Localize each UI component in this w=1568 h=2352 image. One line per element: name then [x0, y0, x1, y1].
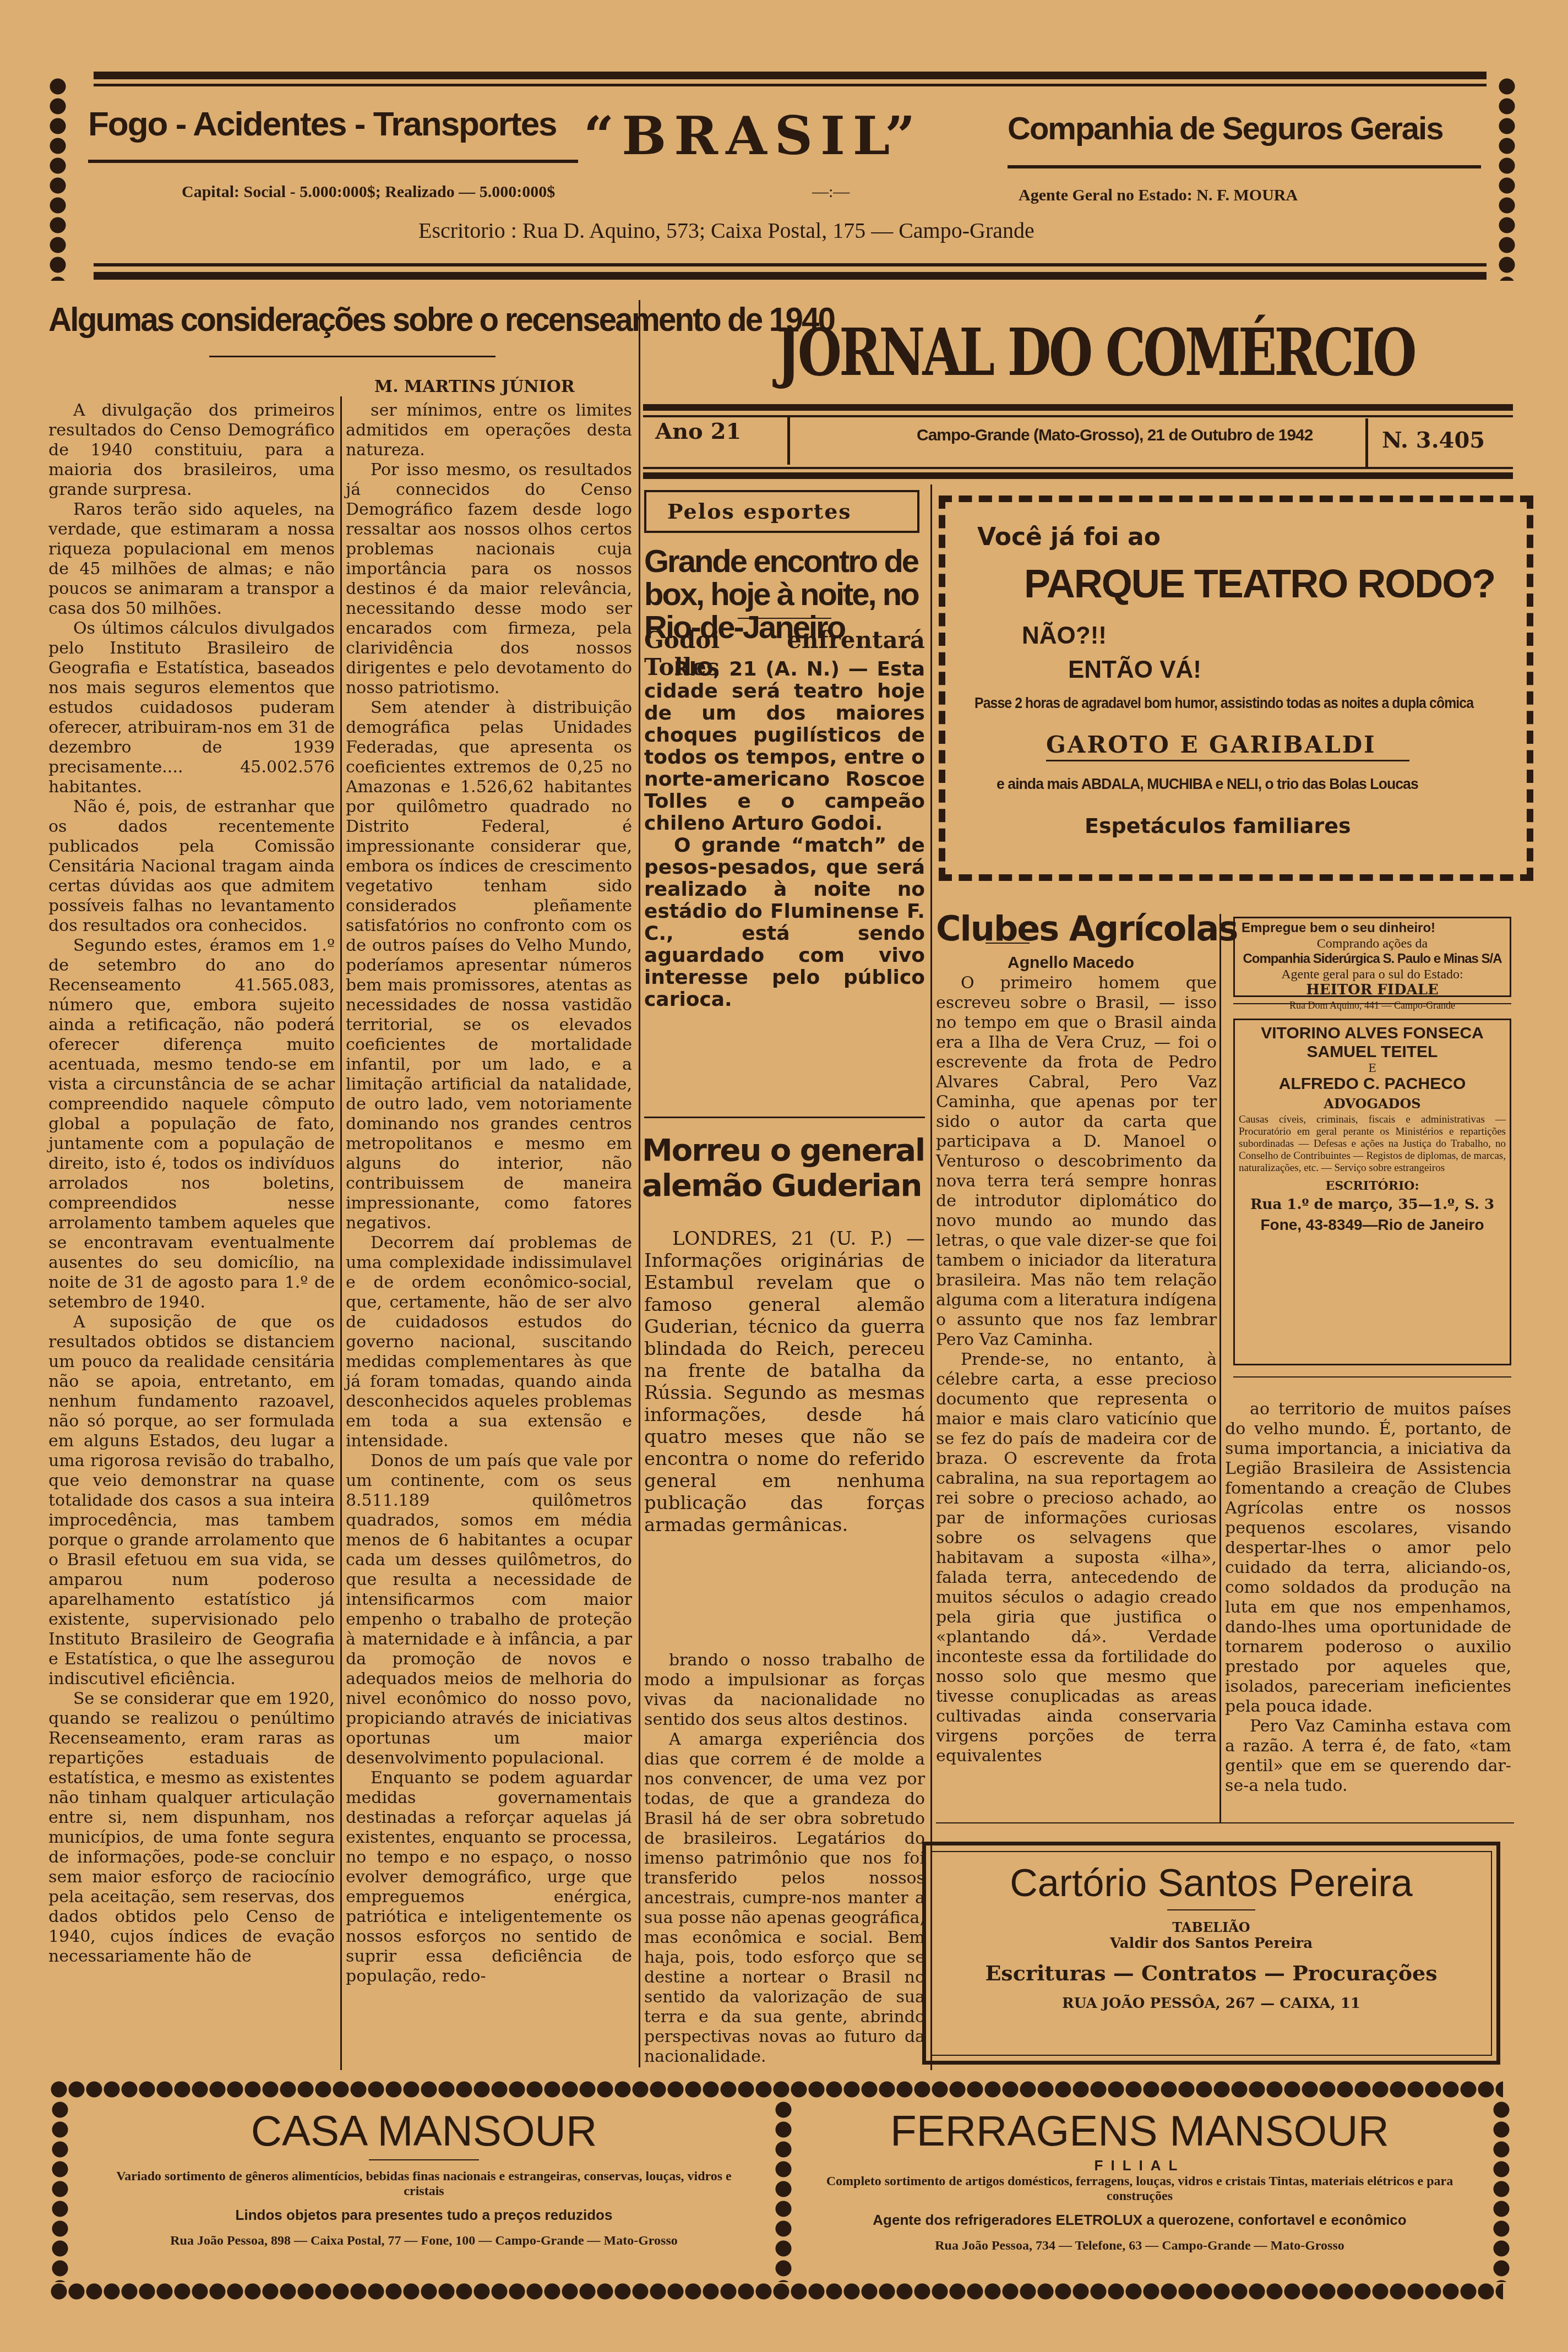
clubes-headline: Clubes Agrícolas: [936, 908, 1237, 949]
ferragens-address: Rua João Pessoa, 734 — Telefone, 63 — Ca…: [793, 2239, 1487, 2253]
advogado-name-3: ALFREDO C. PACHECO: [1239, 1075, 1506, 1093]
census-byline: M. MARTINS JÚNIOR: [374, 377, 575, 396]
casa-mansour-desc: Variado sortimento de gêneros alimentíci…: [83, 2169, 765, 2199]
advogado-name-1: VITORINO ALVES FONSECA: [1239, 1024, 1506, 1043]
advogados-office-label: ESCRITÓRIO:: [1239, 1179, 1506, 1193]
ferragens-tagline: Agente dos refrigeradores ELETROLUX a qu…: [793, 2212, 1487, 2229]
masthead-title: JORNAL DO COMÉRCIO: [776, 314, 1414, 390]
ad-agent: Agente Geral no Estado: N. F. MOURA: [1019, 186, 1298, 205]
acoes-agent: HEITOR FIDALE: [1236, 982, 1509, 998]
guderian-headline: Morreu o general alemão Guderian: [642, 1133, 928, 1204]
advogados-desc: Causas cíveis, criminais, fiscais e admi…: [1239, 1114, 1506, 1174]
acoes-line4: Agente geral para o sul do Estado:: [1236, 967, 1509, 982]
guderian-body: LONDRES, 21 (U. P.) — Informações origin…: [644, 1228, 925, 1536]
masthead-number: N. 3.405: [1382, 427, 1485, 453]
acoes-address: Rua Dom Aquino, 441 — Campo-Grande: [1236, 998, 1509, 1013]
teatro-trio: e ainda mais ABDALA, MUCHIBA e NELI, o t…: [997, 775, 1418, 793]
advogados-address: Rua 1.º de março, 35—1.º, S. 3: [1239, 1196, 1506, 1213]
advogados-phone: Fone, 43-8349—Rio de Janeiro: [1239, 1216, 1506, 1234]
cartorio-address: RUA JOÃO PESSÔA, 267 — CAIXA, 11: [930, 1995, 1492, 2012]
masthead-year: Ano 21: [655, 418, 741, 444]
census-headline: Algumas considerações sobre o recenseame…: [48, 300, 834, 339]
ferragens-mansour-ad: FERRAGENS MANSOUR FILIAL Completo sortim…: [793, 2106, 1487, 2253]
clubes-byline: Agnello Macedo: [1008, 954, 1134, 972]
casa-mansour-tagline: Lindos objetos para presentes tudo a pre…: [83, 2207, 765, 2224]
ferragens-subtitle: FILIAL: [793, 2157, 1487, 2174]
teatro-footer: Espetáculos familiares: [1085, 814, 1351, 838]
cartorio-name: Valdir dos Santos Pereira: [930, 1935, 1492, 1952]
casa-mansour-title: CASA MANSOUR: [83, 2106, 765, 2156]
ad-services-left: Fogo - Acidentes - Transportes: [88, 105, 557, 144]
ad-company-right: Companhia de Seguros Gerais: [1008, 110, 1442, 147]
teatro-desc: Passe 2 horas de agradavel bom humor, as…: [974, 695, 1473, 712]
masthead-dateline: Campo-Grande (Mato-Grosso), 21 de Outubr…: [917, 426, 1313, 445]
ferragens-desc: Completo sortimento de artigos doméstico…: [793, 2174, 1487, 2204]
ad-capital: Capital: Social - 5.000:000$; Realizado …: [182, 183, 555, 202]
clubes-col-2: ao territorio de muitos países do velho …: [1225, 1400, 1511, 1796]
acoes-line1: Empregue bem o seu dinheiro!: [1236, 921, 1509, 936]
clubes-col-1: O primeiro homem que escreveu sobre o Br…: [936, 973, 1217, 1766]
sports-section-label: Pelos esportes: [667, 499, 852, 524]
teatro-nao: NÃO?!!: [1022, 622, 1107, 650]
teatro-line1: Você já foi ao: [977, 523, 1161, 551]
ferragens-title: FERRAGENS MANSOUR: [793, 2106, 1487, 2156]
casa-mansour-ad: CASA MANSOUR Variado sortimento de gêner…: [83, 2106, 765, 2248]
teatro-title: PARQUE TEATRO RODO?: [1024, 562, 1495, 607]
advogado-name-2: SAMUEL TEITEL: [1239, 1043, 1506, 1061]
ad-office: Escritorio : Rua D. Aquino, 573; Caixa P…: [418, 217, 1035, 243]
advogados-title: ADVOGADOS: [1239, 1096, 1506, 1112]
acoes-company: Companhia Siderúrgica S. Paulo e Minas S…: [1236, 951, 1509, 967]
cartorio-services: Escrituras — Contratos — Procurações: [930, 1961, 1492, 1985]
census-col-1: A divulgação dos primeiros resultados do…: [48, 401, 335, 1967]
cartorio-title: Cartório Santos Pereira: [930, 1861, 1492, 1905]
ad-brand: “BRASIL”: [584, 105, 923, 167]
casa-mansour-address: Rua João Pessoa, 898 — Caixa Postal, 77 …: [83, 2234, 765, 2248]
teatro-entao: ENTÃO VÁ!: [1068, 656, 1201, 684]
acoes-line2: Comprando ações da: [1236, 936, 1509, 951]
ad-separator: —:—: [812, 183, 850, 202]
cartorio-role: TABELIÃO: [930, 1919, 1492, 1935]
census-col-3: brando o nosso trabalho de modo a impuls…: [644, 1651, 925, 2067]
census-col-2: ser mínimos, entre os limites admitidos …: [346, 401, 632, 1986]
teatro-duo: GAROTO E GARIBALDI: [1046, 731, 1376, 758]
sports-body: RIO, 21 (A. N.) — Esta cidade será teatr…: [644, 658, 925, 1011]
